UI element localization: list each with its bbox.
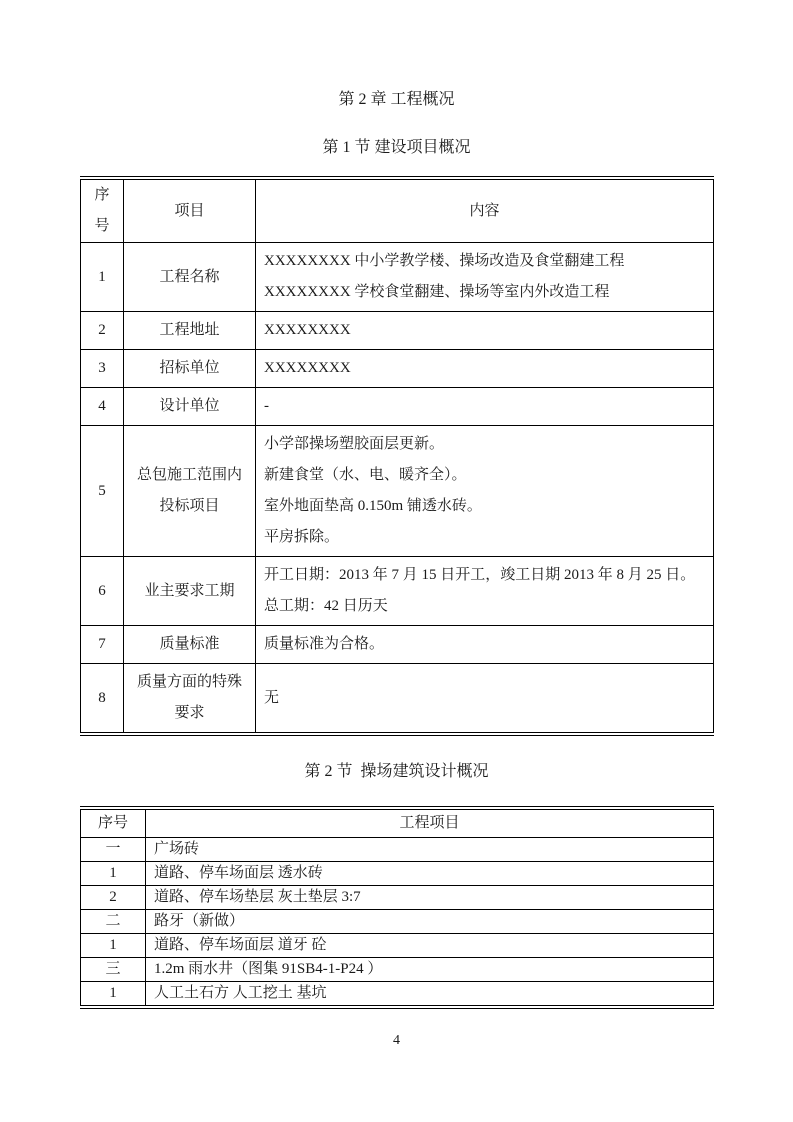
row-no-cell: 一	[81, 838, 146, 862]
row-no-cell: 7	[81, 626, 124, 664]
table-row: 1 工程名称 XXXXXXXX 中小学教学楼、操场改造及食堂翻建工程 XXXXX…	[81, 243, 714, 312]
table-row: 二 路牙（新做）	[81, 910, 714, 934]
playground-design-table: 序号 工程项目 一 广场砖 1 道路、停车场面层 透水砖 2 道路、停车场垫层 …	[80, 806, 714, 1009]
header-content: 内容	[256, 178, 714, 243]
row-content-cell: -	[256, 388, 714, 426]
row-no-cell: 2	[81, 312, 124, 350]
row-item-cell: 道路、停车场垫层 灰土垫层 3:7	[146, 886, 714, 910]
row-item-cell: 道路、停车场面层 透水砖	[146, 862, 714, 886]
table-row: 2 道路、停车场垫层 灰土垫层 3:7	[81, 886, 714, 910]
row-no-cell: 6	[81, 557, 124, 626]
row-item-cell: 总包施工范围内投标项目	[124, 426, 256, 557]
row-item-cell: 道路、停车场面层 道牙 砼	[146, 934, 714, 958]
row-no-cell: 1	[81, 934, 146, 958]
row-no-cell: 二	[81, 910, 146, 934]
header-no: 序号	[81, 808, 146, 838]
header-item: 项目	[124, 178, 256, 243]
row-item-cell: 路牙（新做）	[146, 910, 714, 934]
page-number: 4	[0, 1032, 793, 1050]
table-row: 三 1.2m 雨水井（图集 91SB4-1-P24 ）	[81, 958, 714, 982]
row-content-cell: XXXXXXXX 中小学教学楼、操场改造及食堂翻建工程 XXXXXXXX 学校食…	[256, 243, 714, 312]
row-item-cell: 招标单位	[124, 350, 256, 388]
row-no-cell: 8	[81, 664, 124, 735]
row-no-cell: 1	[81, 243, 124, 312]
table-row: 5 总包施工范围内投标项目 小学部操场塑胶面层更新。 新建食堂（水、电、暖齐全）…	[81, 426, 714, 557]
row-item-cell: 设计单位	[124, 388, 256, 426]
table-row: 2 工程地址 XXXXXXXX	[81, 312, 714, 350]
row-item-cell: 广场砖	[146, 838, 714, 862]
row-item-cell: 业主要求工期	[124, 557, 256, 626]
row-no-cell: 1	[81, 862, 146, 886]
row-item-cell: 1.2m 雨水井（图集 91SB4-1-P24 ）	[146, 958, 714, 982]
chapter-title: 第 2 章 工程概况	[80, 88, 713, 112]
header-item: 工程项目	[146, 808, 714, 838]
table-header-row: 序号 项目 内容	[81, 178, 714, 243]
section-2-title: 第 2 节 操场建筑设计概况	[80, 760, 713, 784]
table-row: 一 广场砖	[81, 838, 714, 862]
row-content-cell: XXXXXXXX	[256, 350, 714, 388]
table-row: 6 业主要求工期 开工日期：2013 年 7 月 15 日开工，竣工日期 201…	[81, 557, 714, 626]
project-overview-table: 序号 项目 内容 1 工程名称 XXXXXXXX 中小学教学楼、操场改造及食堂翻…	[80, 176, 714, 736]
row-item-cell: 人工土石方 人工挖土 基坑	[146, 982, 714, 1008]
row-content-cell: XXXXXXXX	[256, 312, 714, 350]
row-content-cell: 无	[256, 664, 714, 735]
table-row: 4 设计单位 -	[81, 388, 714, 426]
document-page: 第 2 章 工程概况 第 1 节 建设项目概况 序号 项目 内容 1 工程名称 …	[0, 0, 793, 1122]
row-no-cell: 4	[81, 388, 124, 426]
row-no-cell: 3	[81, 350, 124, 388]
table-row: 8 质量方面的特殊要求 无	[81, 664, 714, 735]
table-row: 3 招标单位 XXXXXXXX	[81, 350, 714, 388]
row-content-cell: 小学部操场塑胶面层更新。 新建食堂（水、电、暖齐全）。 室外地面垫高 0.150…	[256, 426, 714, 557]
table-row: 1 人工土石方 人工挖土 基坑	[81, 982, 714, 1008]
row-item-cell: 工程地址	[124, 312, 256, 350]
row-no-cell: 三	[81, 958, 146, 982]
section-1-title: 第 1 节 建设项目概况	[80, 136, 713, 160]
table-row: 1 道路、停车场面层 透水砖	[81, 862, 714, 886]
table-header-row: 序号 工程项目	[81, 808, 714, 838]
header-no: 序号	[81, 178, 124, 243]
row-no-cell: 2	[81, 886, 146, 910]
row-item-cell: 质量标准	[124, 626, 256, 664]
row-item-cell: 工程名称	[124, 243, 256, 312]
table-row: 7 质量标准 质量标准为合格。	[81, 626, 714, 664]
row-no-cell: 1	[81, 982, 146, 1008]
row-content-cell: 质量标准为合格。	[256, 626, 714, 664]
row-content-cell: 开工日期：2013 年 7 月 15 日开工，竣工日期 2013 年 8 月 2…	[256, 557, 714, 626]
table-row: 1 道路、停车场面层 道牙 砼	[81, 934, 714, 958]
row-item-cell: 质量方面的特殊要求	[124, 664, 256, 735]
row-no-cell: 5	[81, 426, 124, 557]
